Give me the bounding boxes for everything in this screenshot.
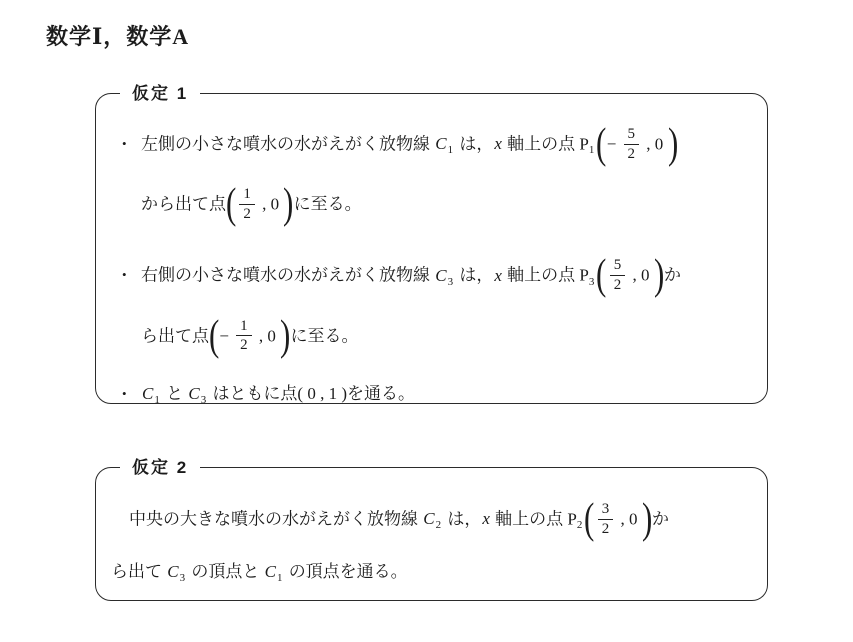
fraction-numerator: 3 [598, 501, 614, 519]
var-C1: C [141, 384, 154, 403]
assumption-box-2: 仮定 2 中央の大きな噴水の水がえがく放物線 C2 は，x 軸上の点 P2(32… [95, 467, 768, 601]
text-run: 右側の小さな噴水の水がえがく放物線 [141, 266, 434, 285]
assumption-box-1-label: 仮定 1 [120, 83, 200, 104]
text-run: ら出て [111, 562, 166, 581]
assumption-box-2-label: 仮定 2 [120, 457, 200, 478]
assumption2-line1: 中央の大きな噴水の水がえがく放物線 C2 は，x 軸上の点 P2(32 , 0 … [96, 492, 767, 552]
var-C3-subscript: 3 [448, 276, 456, 288]
text-run: , 0 [628, 266, 654, 285]
var-C3-subscript: 3 [180, 572, 188, 584]
var-C1: C [434, 134, 447, 153]
text-run: ら出て点 [141, 326, 209, 345]
fraction-denominator: 2 [239, 204, 255, 223]
big-paren-open: ( [584, 491, 594, 546]
text-run: 左側の小さな噴水の水がえがく放物線 [141, 134, 434, 153]
big-paren-open: ( [596, 116, 606, 171]
fraction-1-2: 12 [239, 186, 255, 223]
text-run: 軸上の点 [503, 266, 580, 285]
assumption-box-1: 仮定 1 •左側の小さな噴水の水がえがく放物線 C1 は，x 軸上の点 P1(−… [95, 93, 768, 404]
minus-sign: − [607, 134, 621, 153]
assumption1-item1-line1: •左側の小さな噴水の水がえがく放物線 C1 は，x 軸上の点 P1(− 52 ,… [96, 117, 767, 177]
fraction-denominator: 2 [236, 335, 252, 354]
var-C2: C [422, 509, 435, 528]
fraction-3-2: 32 [598, 501, 614, 538]
assumption2-line2: ら出て C3 の頂点と C1 の頂点を通る。 [96, 556, 767, 594]
big-paren-close: ) [283, 177, 293, 232]
big-paren-close: ) [642, 491, 652, 546]
text-run: と [162, 384, 188, 403]
assumption1-item1-line2: から出て点(12 , 0 )に至る。 [96, 177, 767, 234]
text-run: , 0 [258, 195, 284, 214]
var-C2-subscript: 2 [436, 519, 444, 531]
text-run: から出て点 [141, 195, 226, 214]
fraction-1-2: 12 [236, 318, 252, 355]
text-run: は， [443, 509, 481, 528]
var-x: x [481, 509, 491, 528]
var-x: x [493, 134, 503, 153]
fraction-denominator: 2 [610, 275, 626, 294]
var-x: x [493, 266, 503, 285]
bullet-icon: • [122, 378, 127, 410]
text-run: , 0 [255, 326, 281, 345]
var-C3: C [166, 562, 179, 581]
point-P3: P [579, 266, 588, 285]
bullet-icon: • [122, 117, 127, 171]
var-C1-subscript: 1 [154, 394, 162, 406]
big-paren-close: ) [654, 248, 664, 303]
point-P2: P [567, 509, 576, 528]
text-run: 中央の大きな噴水の水がえがく放物線 [129, 509, 422, 528]
fraction-numerator: 1 [236, 318, 252, 336]
fraction-5-2: 52 [624, 126, 640, 163]
big-paren-open: ( [209, 308, 219, 363]
text-run: , 0 [642, 134, 668, 153]
assumption1-item2-line1: •右側の小さな噴水の水がえがく放物線 C3 は，x 軸上の点 P3(52 , 0… [96, 248, 767, 308]
var-C1: C [264, 562, 277, 581]
fraction-numerator: 1 [239, 186, 255, 204]
fraction-denominator: 2 [624, 144, 640, 163]
text-run: 軸上の点 [491, 509, 568, 528]
bullet-icon: • [122, 248, 127, 302]
text-run: に至る。 [291, 326, 359, 345]
fraction-5-2: 52 [610, 257, 626, 294]
minus-sign: − [219, 326, 233, 345]
assumption1-item2-line2: ら出て点(− 12 , 0 )に至る。 [96, 309, 767, 366]
big-paren-close: ) [280, 308, 290, 363]
text-run: か [652, 509, 669, 528]
fraction-numerator: 5 [624, 126, 640, 144]
fraction-numerator: 5 [610, 257, 626, 275]
text-run: か [664, 266, 681, 285]
big-paren-open: ( [596, 248, 606, 303]
var-C3: C [187, 384, 200, 403]
var-C3: C [434, 266, 447, 285]
exam-page: 数学Ⅰ，数学A 仮定 1 •左側の小さな噴水の水がえがく放物線 C1 は，x 軸… [0, 0, 853, 642]
text-run: はともに点( 0 , 1 )を通る。 [208, 384, 415, 403]
fraction-denominator: 2 [598, 519, 614, 538]
text-run: の頂点と [187, 562, 264, 581]
var-C1-subscript: 1 [448, 144, 456, 156]
text-run: は， [455, 266, 493, 285]
big-paren-open: ( [226, 177, 236, 232]
text-run: の頂点を通る。 [284, 562, 407, 581]
point-P1: P [579, 134, 588, 153]
text-run: に至る。 [294, 195, 362, 214]
big-paren-close: ) [668, 116, 678, 171]
assumption1-item3-line1: •C1 と C3 はともに点( 0 , 1 )を通る。 [96, 378, 767, 416]
page-title: 数学Ⅰ，数学A [46, 20, 189, 51]
text-run: 軸上の点 [503, 134, 580, 153]
text-run: , 0 [616, 509, 642, 528]
text-run: は， [455, 134, 493, 153]
